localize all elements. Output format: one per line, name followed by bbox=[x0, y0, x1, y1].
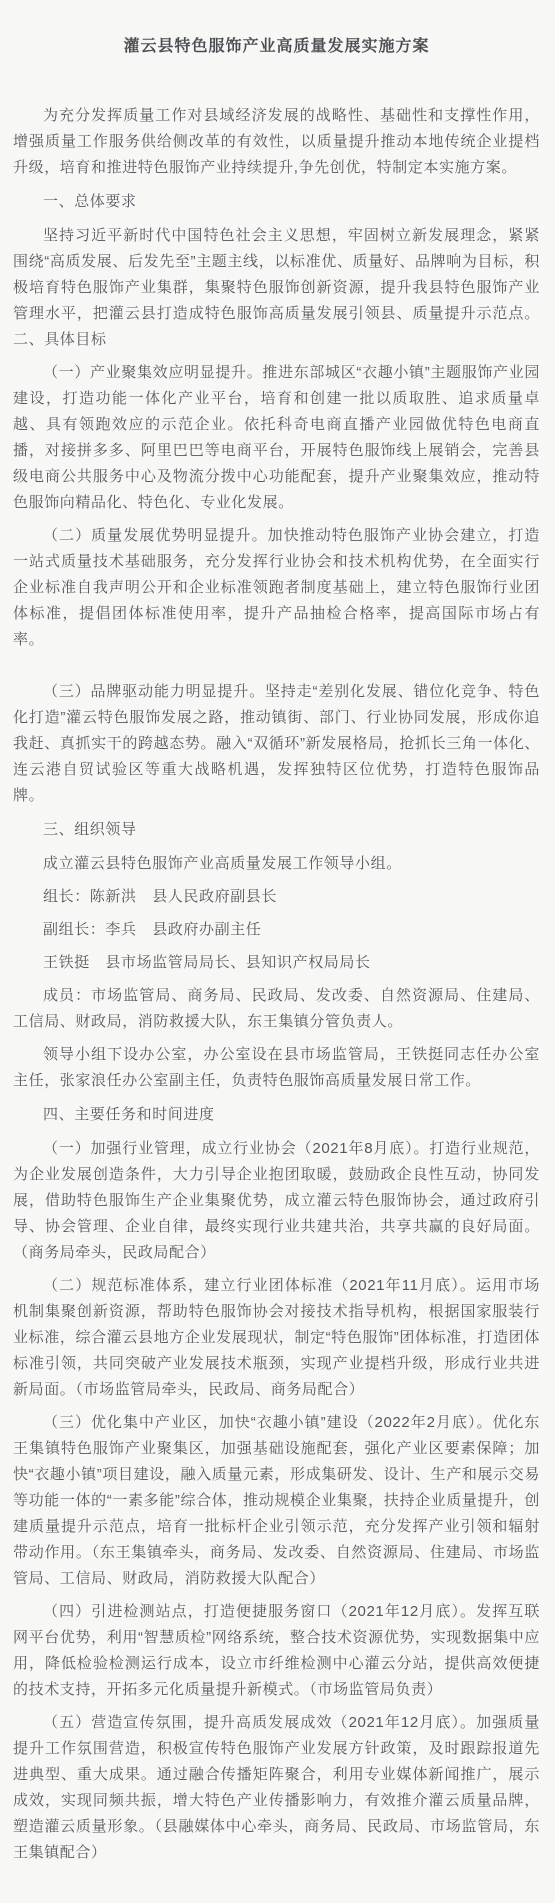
paragraph-goal-1-industry-cluster: （一）产业聚集效应明显提升。推进东部城区“衣趣小镇”主题服饰产业园建设，打造功能… bbox=[13, 360, 540, 516]
intro-paragraph: 为充分发挥质量工作对县域经济发展的战略性、基础性和支撑性作用，增强质量工作服务供… bbox=[13, 103, 540, 181]
paragraph-deputy-leader: 副组长：李兵 县政府办副主任 bbox=[13, 917, 540, 943]
section-heading-organizational-leadership: 三、组织领导 bbox=[13, 817, 540, 843]
paragraph-guiding-principles: 坚持习近平新时代中国特色社会主义思想，牢固树立新发展理念，紧紧围绕“高质发展、后… bbox=[13, 223, 540, 353]
paragraph-group-leader: 组长：陈新洪 县人民政府副县长 bbox=[13, 884, 540, 910]
paragraph-task-5-publicity: （五）营造宣传氛围，提升高质发展成效（2021年12月底）。加强质量提升工作氛围… bbox=[13, 1710, 540, 1866]
paragraph-task-2-standards-system: （二）规范标准体系，建立行业团体标准（2021年11月底）。运用市场机制集聚创新… bbox=[13, 1273, 540, 1403]
paragraph-deputy-leader-2: 王铁挺 县市场监管局局长、县知识产权局局长 bbox=[13, 950, 540, 976]
section-heading-overall-requirements: 一、总体要求 bbox=[13, 189, 540, 215]
paragraph-members: 成员：市场监管局、商务局、民政局、发改委、自然资源局、住建局、工信局、财政局，消… bbox=[13, 983, 540, 1035]
paragraph-leading-group: 成立灌云县特色服饰产业高质量发展工作领导小组。 bbox=[13, 851, 540, 877]
section-heading-main-tasks: 四、主要任务和时间进度 bbox=[13, 1102, 540, 1128]
document-page: 灌云县特色服饰产业高质量发展实施方案 为充分发挥质量工作对县域经济发展的战略性、… bbox=[0, 0, 555, 1903]
paragraph-office-setup: 领导小组下设办公室，办公室设在县市场监管局，王铁挺同志任办公室主任，张家浪任办公… bbox=[13, 1042, 540, 1094]
paragraph-task-1-industry-association: （一）加强行业管理，成立行业协会（2021年8月底）。打造行业规范，为企业发展创… bbox=[13, 1136, 540, 1266]
paragraph-task-4-testing-stations: （四）引进检测站点，打造便捷服务窗口（2021年12月底）。发挥互联网平台优势，… bbox=[13, 1599, 540, 1703]
paragraph-task-3-industrial-zone: （三）优化集中产业区，加快“衣趣小镇”建设（2022年2月底）。优化东王集镇特色… bbox=[13, 1410, 540, 1592]
paragraph-goal-2-quality-development: （二）质量发展优势明显提升。加快推动特色服饰产业协会建立，打造一站式质量技术基础… bbox=[13, 523, 540, 653]
document-title: 灌云县特色服饰产业高质量发展实施方案 bbox=[13, 33, 540, 56]
paragraph-goal-3-brand-drive: （三）品牌驱动能力明显提升。坚持走“差别化发展、错位化竞争、特色化打造”灌云特色… bbox=[13, 679, 540, 809]
